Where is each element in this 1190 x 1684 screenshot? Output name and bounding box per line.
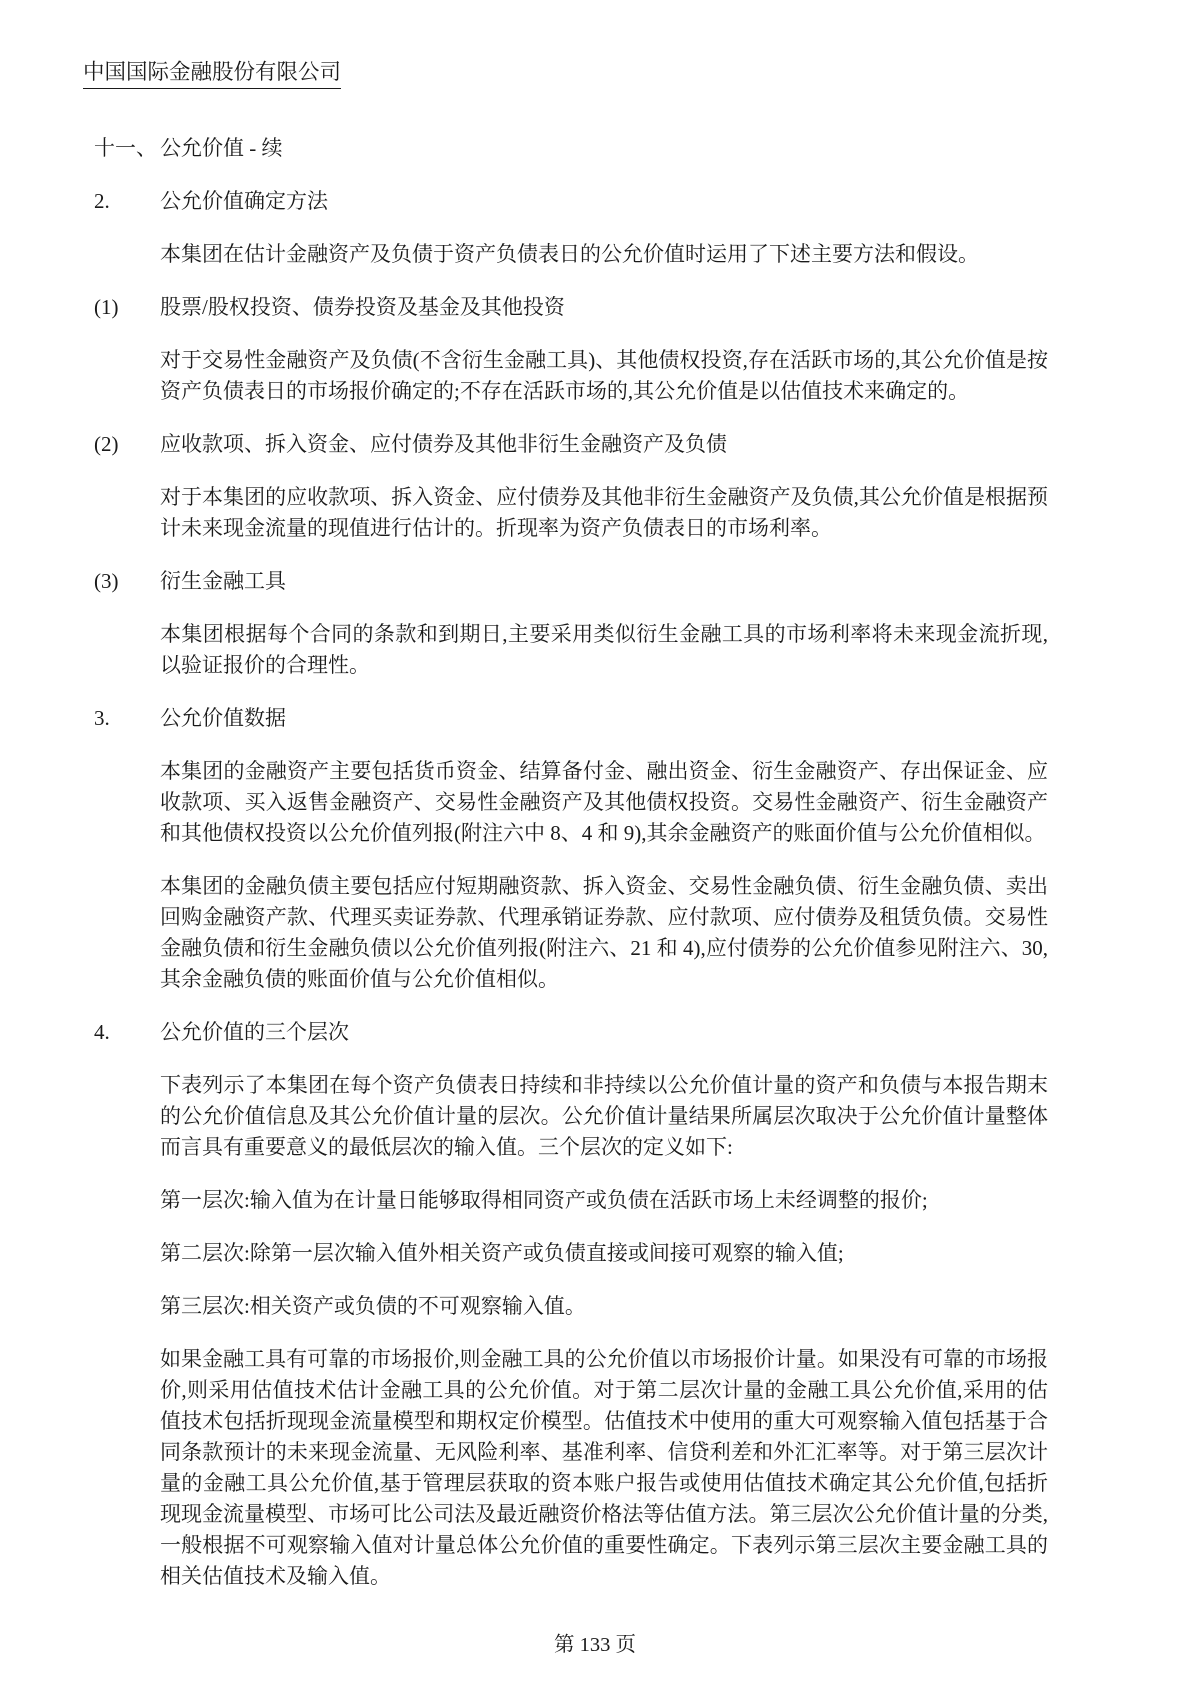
definition-text: 第一层次:输入值为在计量日能够取得相同资产或负债在活跃市场上未经调整的报价; <box>160 1185 1048 1216</box>
section-heading-3: 3. 公允价值数据 <box>94 703 1048 734</box>
paragraph-text: 对于本集团的应收款项、拆入资金、应付债券及其他非衍生金融资产及负债,其公允价值是… <box>160 482 1048 544</box>
paragraph-text: 下表列示了本集团在每个资产负债表日持续和非持续以公允价值计量的资产和负债与本报告… <box>160 1070 1048 1163</box>
section-number: 4. <box>94 1017 160 1048</box>
subsection-number: (2) <box>94 429 160 460</box>
document-page: 中国国际金融股份有限公司 十一、 公允价值 - 续 2. 公允价值确定方法 本集… <box>0 0 1190 1684</box>
subsection-number: (3) <box>94 566 160 597</box>
section-title: 公允价值的三个层次 <box>160 1017 1048 1048</box>
subsection-number: (1) <box>94 292 160 323</box>
chapter-number: 十一、 <box>94 133 160 164</box>
chapter-heading: 十一、 公允价值 - 续 <box>94 133 1048 164</box>
subsection-title: 应收款项、拆入资金、应付债券及其他非衍生金融资产及负债 <box>160 429 1048 460</box>
paragraph: 本集团在估计金融资产及负债于资产负债表日的公允价值时运用了下述主要方法和假设。 <box>94 239 1048 270</box>
page-number: 第 133 页 <box>554 1634 636 1656</box>
paragraph-text: 本集团的金融负债主要包括应付短期融资款、拆入资金、交易性金融负债、衍生金融负债、… <box>160 871 1048 995</box>
level-1-definition: 第一层次:输入值为在计量日能够取得相同资产或负债在活跃市场上未经调整的报价; <box>94 1185 1048 1216</box>
definition-text: 第二层次:除第一层次输入值外相关资产或负债直接或间接可观察的输入值; <box>160 1238 1048 1269</box>
paragraph-text: 本集团的金融资产主要包括货币资金、结算备付金、融出资金、衍生金融资产、存出保证金… <box>160 756 1048 849</box>
paragraph: 对于本集团的应收款项、拆入资金、应付债券及其他非衍生金融资产及负债,其公允价值是… <box>94 482 1048 544</box>
subsection-heading-3: (3) 衍生金融工具 <box>94 566 1048 597</box>
subsection-title: 股票/股权投资、债券投资及基金及其他投资 <box>160 292 1048 323</box>
chapter-title: 公允价值 - 续 <box>160 133 1048 164</box>
paragraph-text: 本集团根据每个合同的条款和到期日,主要采用类似衍生金融工具的市场利率将未来现金流… <box>160 619 1048 681</box>
section-heading-4: 4. 公允价值的三个层次 <box>94 1017 1048 1048</box>
section-number: 3. <box>94 703 160 734</box>
section-number: 2. <box>94 186 160 217</box>
section-title: 公允价值数据 <box>160 703 1048 734</box>
subsection-heading-2: (2) 应收款项、拆入资金、应付债券及其他非衍生金融资产及负债 <box>94 429 1048 460</box>
paragraph: 如果金融工具有可靠的市场报价,则金融工具的公允价值以市场报价计量。如果没有可靠的… <box>94 1344 1048 1592</box>
subsection-title: 衍生金融工具 <box>160 566 1048 597</box>
level-3-definition: 第三层次:相关资产或负债的不可观察输入值。 <box>94 1291 1048 1322</box>
paragraph: 对于交易性金融资产及负债(不含衍生金融工具)、其他债权投资,存在活跃市场的,其公… <box>94 345 1048 407</box>
level-2-definition: 第二层次:除第一层次输入值外相关资产或负债直接或间接可观察的输入值; <box>94 1238 1048 1269</box>
paragraph-text: 对于交易性金融资产及负债(不含衍生金融工具)、其他债权投资,存在活跃市场的,其公… <box>160 345 1048 407</box>
paragraph: 本集团的金融负债主要包括应付短期融资款、拆入资金、交易性金融负债、衍生金融负债、… <box>94 871 1048 995</box>
definition-text: 第三层次:相关资产或负债的不可观察输入值。 <box>160 1291 1048 1322</box>
company-header: 中国国际金融股份有限公司 <box>0 0 1190 89</box>
paragraph: 本集团根据每个合同的条款和到期日,主要采用类似衍生金融工具的市场利率将未来现金流… <box>94 619 1048 681</box>
subsection-heading-1: (1) 股票/股权投资、债券投资及基金及其他投资 <box>94 292 1048 323</box>
paragraph-text: 如果金融工具有可靠的市场报价,则金融工具的公允价值以市场报价计量。如果没有可靠的… <box>160 1344 1048 1592</box>
section-heading-2: 2. 公允价值确定方法 <box>94 186 1048 217</box>
page-footer: 第 133 页 <box>0 1632 1190 1658</box>
company-name: 中国国际金融股份有限公司 <box>83 58 341 89</box>
section-title: 公允价值确定方法 <box>160 186 1048 217</box>
paragraph-text: 本集团在估计金融资产及负债于资产负债表日的公允价值时运用了下述主要方法和假设。 <box>160 239 1048 270</box>
paragraph: 本集团的金融资产主要包括货币资金、结算备付金、融出资金、衍生金融资产、存出保证金… <box>94 756 1048 849</box>
document-body: 十一、 公允价值 - 续 2. 公允价值确定方法 本集团在估计金融资产及负债于资… <box>94 133 1048 1592</box>
paragraph: 下表列示了本集团在每个资产负债表日持续和非持续以公允价值计量的资产和负债与本报告… <box>94 1070 1048 1163</box>
